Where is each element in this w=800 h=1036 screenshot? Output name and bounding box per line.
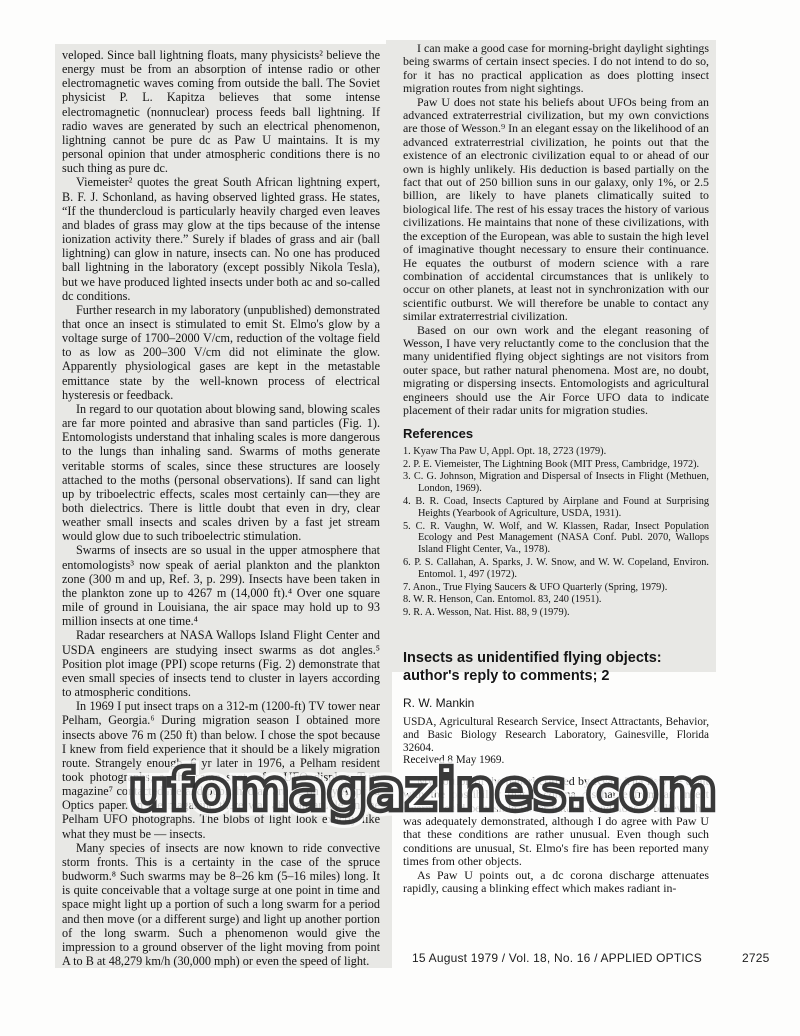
author-affiliation: USDA, Agricultural Research Service, Ins… — [403, 716, 709, 754]
paragraph: Paw U does not state his beliefs about U… — [403, 96, 709, 324]
paragraph: As Paw U points out, a dc corona dischar… — [403, 869, 709, 896]
reference-item: 4. B. R. Coad, Insects Captured by Airpl… — [403, 496, 709, 520]
article-body: My portion of the paper¹ critized by Kya… — [403, 775, 709, 896]
left-column: veloped. Since ball lightning floats, ma… — [62, 48, 380, 968]
reference-item: 1. Kyaw Tha Paw U, Appl. Opt. 18, 2723 (… — [403, 446, 709, 458]
paragraph: Many species of insects are now known to… — [62, 841, 380, 968]
reference-item: 2. P. E. Viemeister, The Lightning Book … — [403, 459, 709, 471]
paragraph: Viemeister² quotes the great South Afric… — [62, 175, 380, 302]
reference-item: 5. C. R. Vaughn, W. Wolf, and W. Klassen… — [403, 521, 709, 556]
received-date: Received 8 May 1969. — [403, 754, 709, 767]
paragraph: Based on our own work and the elegant re… — [403, 324, 709, 418]
paragraph: In 1969 I put insect traps on a 312-m (1… — [62, 699, 380, 841]
paragraph: Further research in my laboratory (unpub… — [62, 303, 380, 402]
references-heading: References — [403, 427, 709, 440]
reference-item: 6. P. S. Callahan, A. Sparks, J. W. Snow… — [403, 557, 709, 581]
page-footer: 15 August 1979 / Vol. 18, No. 16 / APPLI… — [412, 951, 769, 965]
second-article: Insects as unidentified flying objects: … — [403, 649, 709, 895]
paragraph: In regard to our quotation about blowing… — [62, 402, 380, 544]
references-list: 1. Kyaw Tha Paw U, Appl. Opt. 18, 2723 (… — [403, 446, 709, 619]
page-number: 2725 — [742, 951, 770, 965]
author-name: R. W. Mankin — [403, 697, 709, 710]
paragraph: Swarms of insects are so usual in the up… — [62, 543, 380, 628]
right-column: I can make a good case for morning-brigh… — [403, 42, 709, 895]
reference-item: 7. Anon., True Flying Saucers & UFO Quar… — [403, 582, 709, 594]
reference-item: 3. C. G. Johnson, Migration and Dispersa… — [403, 471, 709, 495]
paragraph: Radar researchers at NASA Wallops Island… — [62, 628, 380, 699]
article-title-line1: Insects as unidentified flying objects: — [403, 649, 709, 667]
journal-issue-info: 15 August 1979 / Vol. 18, No. 16 / APPLI… — [412, 951, 702, 965]
article-title-line2: author's reply to comments; 2 — [403, 667, 709, 685]
paragraph: My portion of the paper¹ critized by Kya… — [403, 775, 709, 869]
article-title: Insects as unidentified flying objects: … — [403, 649, 709, 685]
paragraph: I can make a good case for morning-brigh… — [403, 42, 709, 96]
paragraph: veloped. Since ball lightning floats, ma… — [62, 48, 380, 175]
reference-item: 8. W. R. Henson, Can. Entomol. 83, 240 (… — [403, 594, 709, 606]
reference-item: 9. R. A. Wesson, Nat. Hist. 88, 9 (1979)… — [403, 607, 709, 619]
